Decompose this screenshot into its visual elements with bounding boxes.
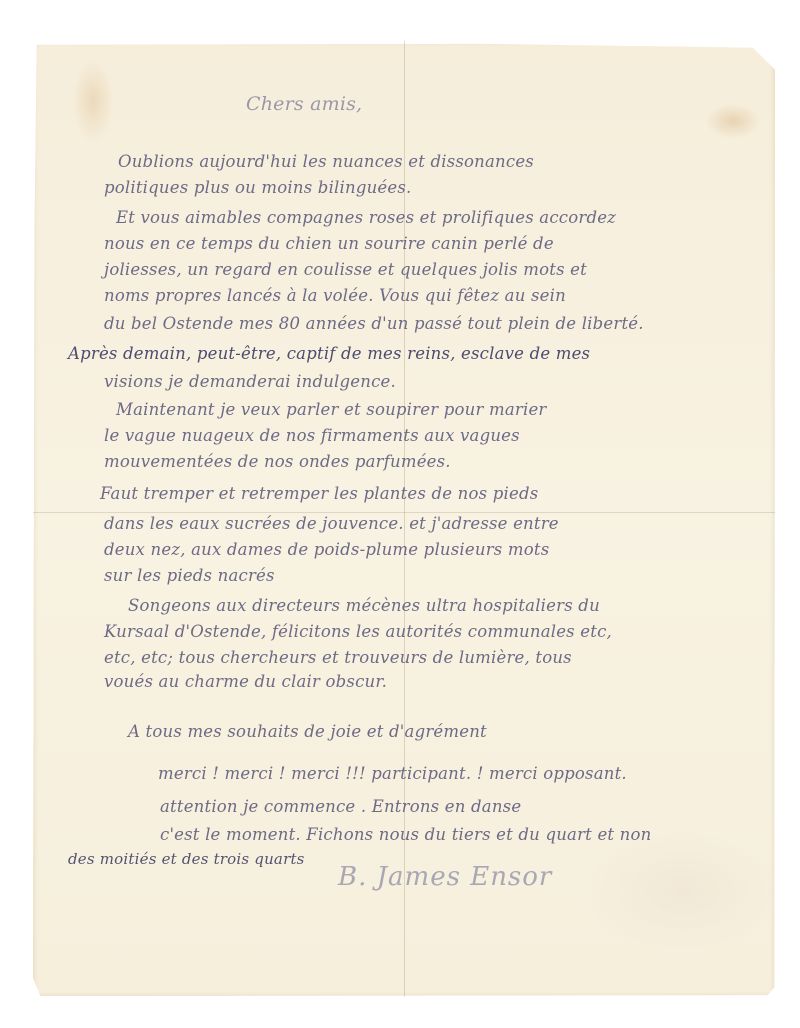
- letter-line: Et vous aimables compagnes roses et prol…: [116, 208, 616, 227]
- letter-line: voués au charme du clair obscur.: [104, 672, 387, 691]
- letter-line: Maintenant je veux parler et soupirer po…: [116, 400, 547, 419]
- letter-line: merci ! merci ! merci !!! participant. !…: [158, 764, 627, 783]
- letter-line: nous en ce temps du chien un sourire can…: [104, 234, 554, 253]
- letter-line: dans les eaux sucrées de jouvence. et j'…: [104, 514, 559, 533]
- letter-line: Kursaal d'Ostende, félicitons les autori…: [104, 622, 612, 641]
- letter-line: A tous mes souhaits de joie et d'agrémen…: [128, 722, 487, 741]
- letter-line: Après demain, peut-être, captif de mes r…: [68, 344, 590, 363]
- letter-line: attention je commence . Entrons en danse: [160, 797, 521, 816]
- letter-line: deux nez, aux dames de poids-plume plusi…: [104, 540, 549, 559]
- letter-line: Songeons aux directeurs mécènes ultra ho…: [128, 596, 600, 615]
- letter-line: noms propres lancés à la volée. Vous qui…: [104, 286, 566, 305]
- letter-line: sur les pieds nacrés: [104, 566, 275, 585]
- letter-line: mouvementées de nos ondes parfumées.: [104, 452, 451, 471]
- letter-line: Oublions aujourd'hui les nuances et diss…: [118, 152, 534, 171]
- salutation: Chers amis,: [246, 93, 362, 115]
- letter-line: politiques plus ou moins bilinguées.: [104, 178, 411, 197]
- handwritten-letter: Chers amis, Oublions aujourd'hui les nua…: [0, 0, 800, 1028]
- letter-line: des moitiés et des trois quarts: [68, 850, 305, 868]
- letter-line: du bel Ostende mes 80 années d'un passé …: [104, 314, 644, 333]
- signature: B. James Ensor: [338, 862, 552, 892]
- letter-line: Faut tremper et retremper les plantes de…: [100, 484, 538, 503]
- letter-line: joliesses, un regard en coulisse et quel…: [104, 260, 587, 279]
- letter-line: c'est le moment. Fichons nous du tiers e…: [160, 825, 651, 844]
- letter-line: etc, etc; tous chercheurs et trouveurs d…: [104, 648, 572, 667]
- letter-line: visions je demanderai indulgence.: [104, 372, 396, 391]
- letter-line: le vague nuageux de nos firmaments aux v…: [104, 426, 520, 445]
